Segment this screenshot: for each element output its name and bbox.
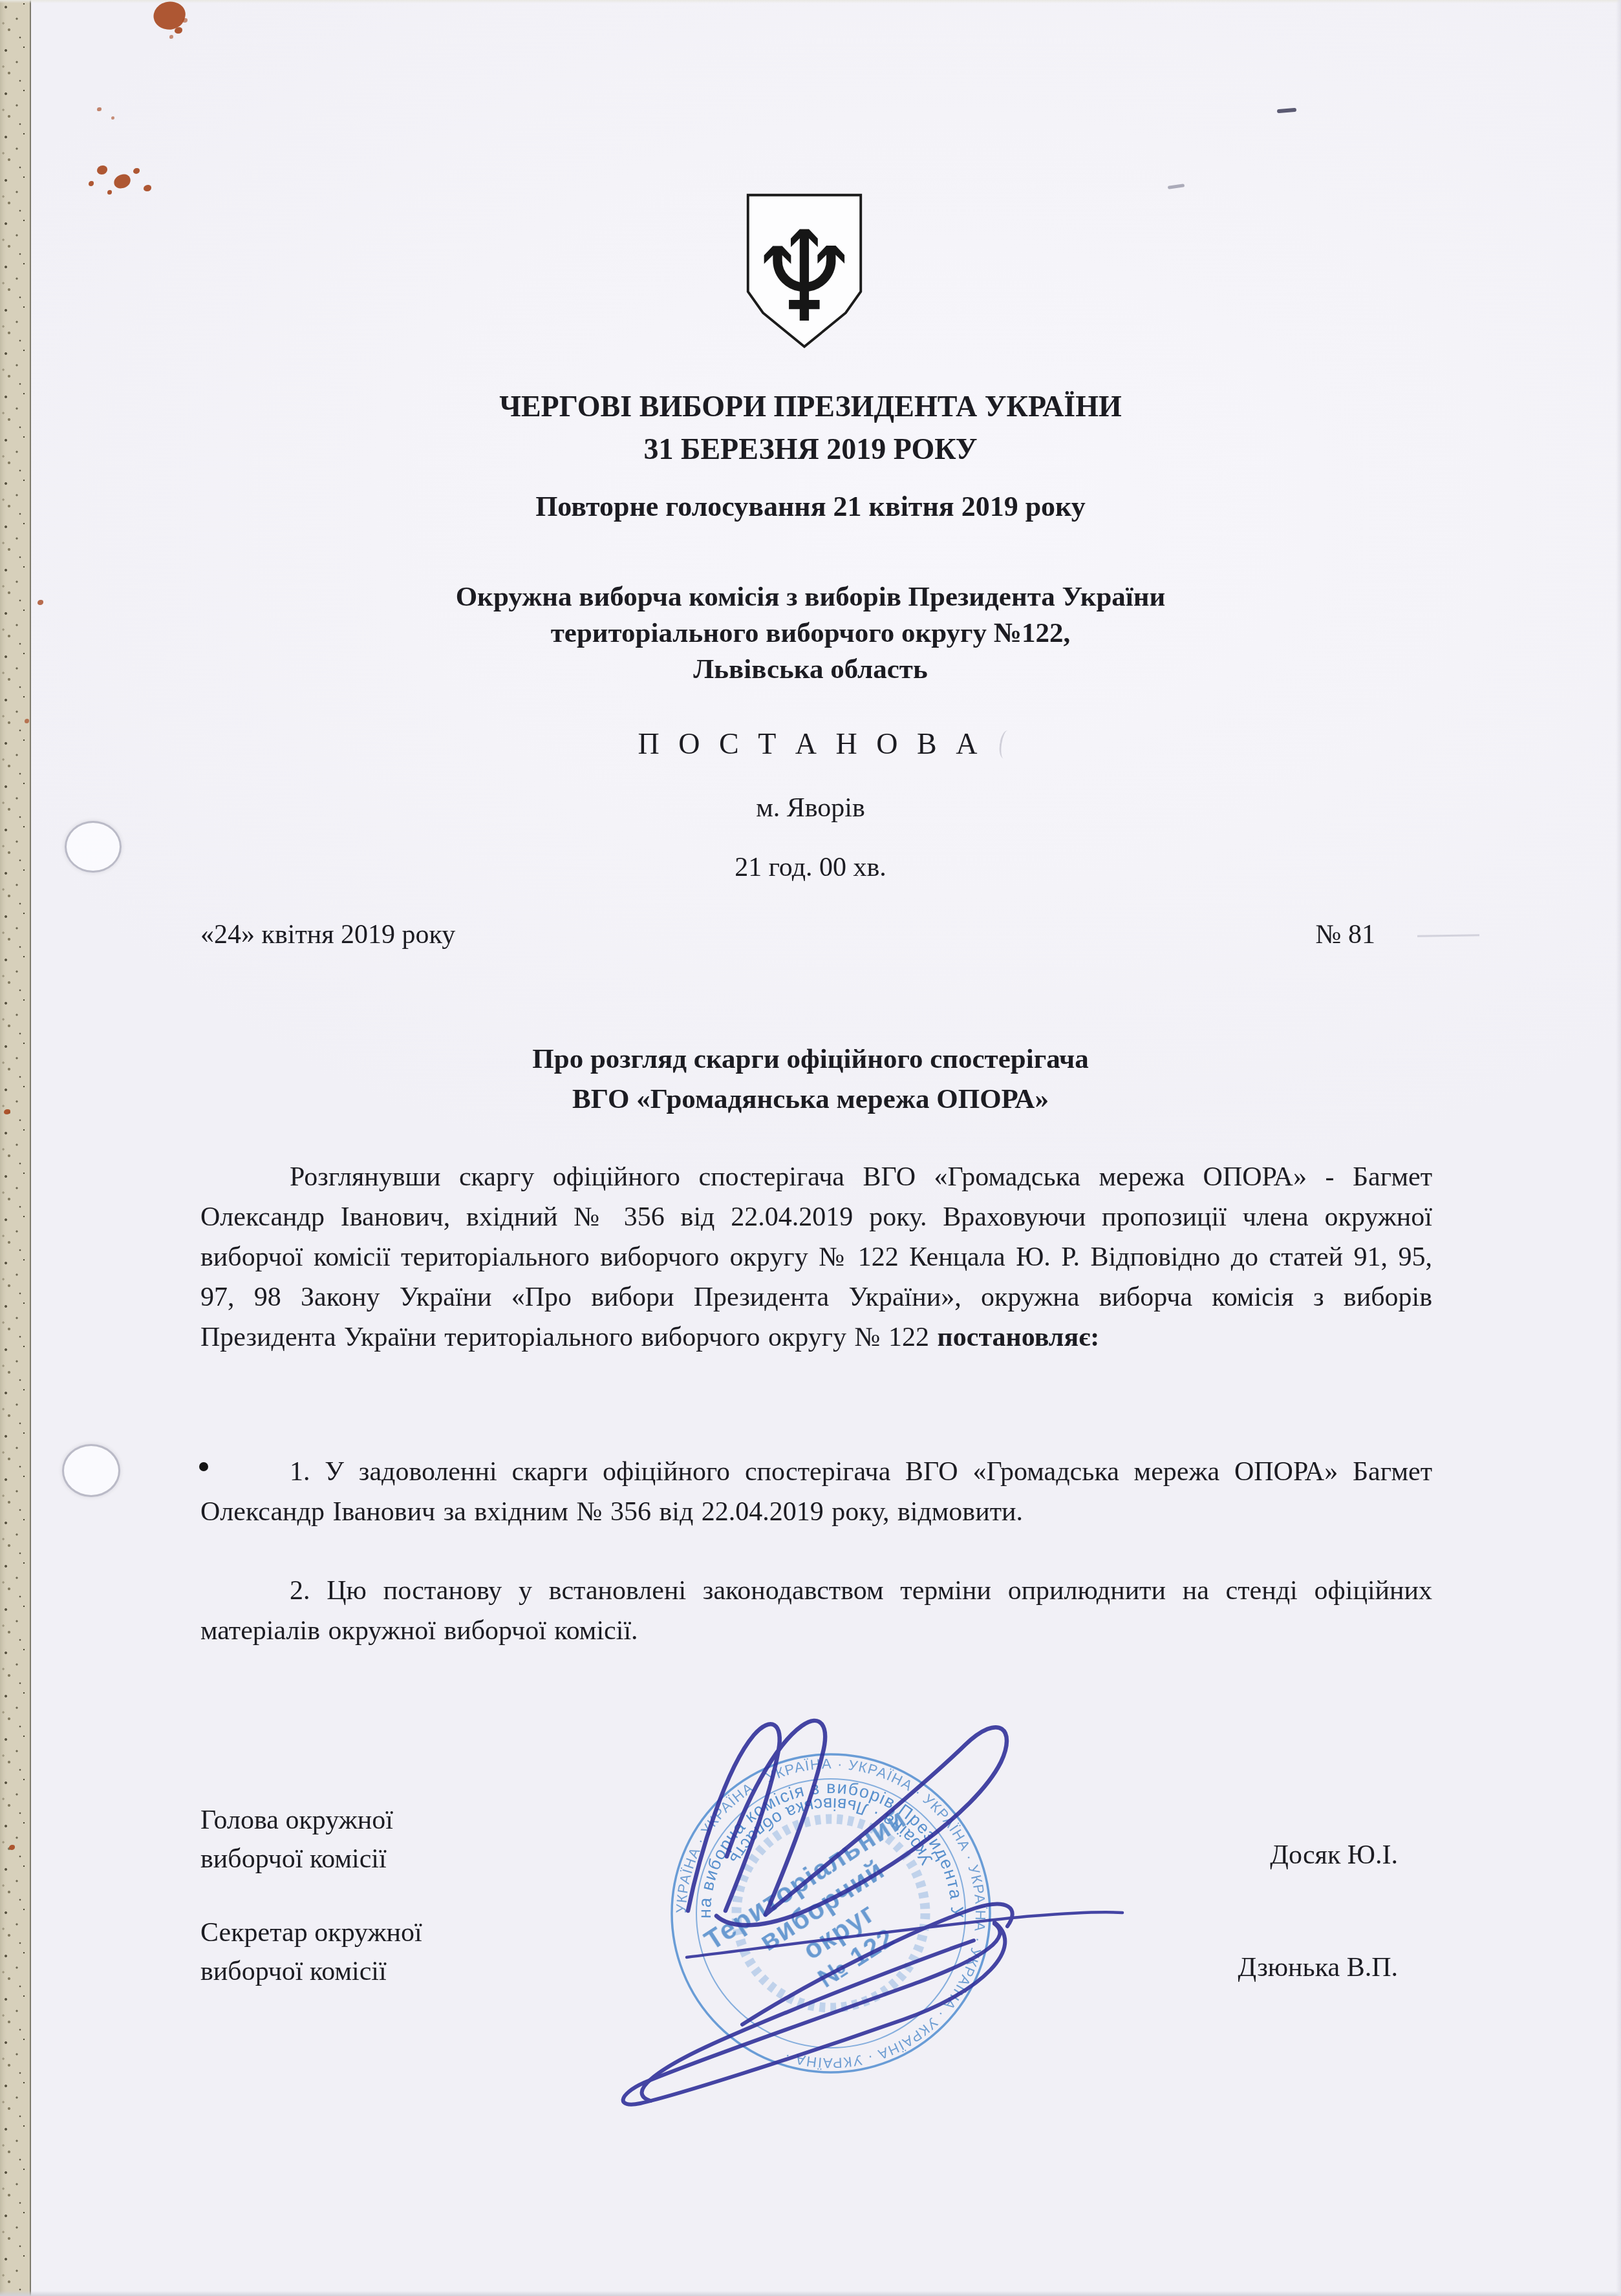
- scanned-document-page: { "emblem": { "name": "tryzub", "glyph":…: [0, 0, 1621, 2296]
- place: м. Яворів: [0, 792, 1621, 824]
- coat-of-arms-shield: ♆: [741, 190, 868, 353]
- stamp-center-line4: № 122: [813, 1923, 900, 1993]
- rust-stain: [113, 173, 132, 190]
- stamp-outer-ring-text: УКРАЇНА · УКРАЇНА · УКРАЇНА · УКРАЇНА · …: [673, 1756, 989, 2071]
- rust-stain: [133, 168, 140, 174]
- rust-stain: [144, 185, 151, 191]
- signer-role-head: Голова окружної виборчої комісії: [200, 1801, 393, 1878]
- rust-stain: [111, 116, 114, 120]
- subject-line2: ВГО «Громадянська мережа ОПОРА»: [0, 1079, 1621, 1120]
- stamp-inner-circle: [696, 1779, 965, 2048]
- handwritten-signature-head: [688, 1721, 1007, 1925]
- signer-role-secretary-line2: виборчої комісії: [200, 1952, 422, 1991]
- date-number-row: «24» квітня 2019 року № 81: [200, 919, 1432, 950]
- stamp-outer-ring-textpath: УКРАЇНА · УКРАЇНА · УКРАЇНА · УКРАЇНА · …: [673, 1756, 989, 2071]
- stamp-center-line3: округ: [798, 1897, 881, 1966]
- stamp-bottom-arc-text: Україна · Львівська область: [725, 1794, 937, 1868]
- page-top-edge: [0, 0, 1621, 3]
- rust-stain: [107, 190, 112, 195]
- resolution-item-1: 1. У задоволенні скарги офіційного спост…: [200, 1452, 1432, 1532]
- punch-hole: [62, 1444, 120, 1497]
- tryzub-icon: ♆: [748, 204, 861, 350]
- commission-line1: Окружна виборча комісія з виборів Презид…: [0, 579, 1621, 615]
- rust-stain: [97, 165, 107, 175]
- signer-name-head: Досяк Ю.І.: [1270, 1840, 1398, 1871]
- page-right-edge: [1616, 0, 1621, 2296]
- signer-role-secretary: Секретар окружної виборчої комісії: [200, 1913, 422, 1991]
- document-number: № 81: [1315, 919, 1432, 950]
- document-date: «24» квітня 2019 року: [200, 919, 455, 950]
- signer-role-secretary-line1: Секретар окружної: [200, 1913, 422, 1952]
- document-type: П О С Т А Н О В А: [0, 723, 1621, 765]
- stamp-center-line1: Територіальний: [699, 1803, 912, 1956]
- commission-line3: Львівська область: [0, 652, 1621, 688]
- stamp-outer-circle: [672, 1754, 990, 2072]
- repeat-voting-subtitle: Повторне голосування 21 квітня 2019 року: [0, 490, 1621, 523]
- rust-stain: [97, 107, 102, 111]
- title-line1: ЧЕРГОВІ ВИБОРИ ПРЕЗИДЕНТА УКРАЇНИ: [0, 385, 1621, 428]
- resolution-paragraph: Розглянувши скаргу офіційного спостеріга…: [200, 1157, 1432, 1357]
- page-bottom-edge: [0, 2291, 1621, 2296]
- resolution-paragraph-text: Розглянувши скаргу офіційного спостеріга…: [200, 1162, 1432, 1352]
- handwritten-signature-secretary: [623, 1904, 1122, 2105]
- rust-stain: [169, 35, 173, 39]
- signer-role-head-line2: виборчої комісії: [200, 1840, 393, 1878]
- pen-dash-artifact: [1277, 108, 1296, 114]
- rust-stain: [89, 181, 94, 186]
- time: 21 год. 00 хв.: [0, 852, 1621, 883]
- rust-stain: [151, 0, 188, 33]
- commission-line2: територіального виборчого округу №122,: [0, 615, 1621, 652]
- signer-role-head-line1: Голова окружної: [200, 1801, 393, 1840]
- scanner-edge-strip: [0, 0, 31, 2296]
- signer-name-secretary: Дзюнька В.П.: [1238, 1952, 1398, 1983]
- stamp-laurel-ring: [736, 1819, 925, 2008]
- smudge-artifact: [1168, 184, 1185, 189]
- title-line2: 31 БЕРЕЗНЯ 2019 РОКУ: [0, 428, 1621, 471]
- rust-stain: [182, 18, 188, 23]
- stamp-center-text: Територіальний виборчий округ № 122: [699, 1803, 963, 2034]
- resolution-decree-word: постановляє:: [938, 1323, 1100, 1352]
- subject-line1: Про розгляд скарги офіційного спостеріга…: [0, 1039, 1621, 1079]
- rust-stain: [175, 27, 182, 34]
- stamp-center-line2: виборчий: [755, 1854, 890, 1957]
- resolution-item-2: 2. Цю постанову у встановлені законодавс…: [200, 1571, 1432, 1651]
- stamp-bottom-arc-textpath: Україна · Львівська область: [725, 1794, 937, 1868]
